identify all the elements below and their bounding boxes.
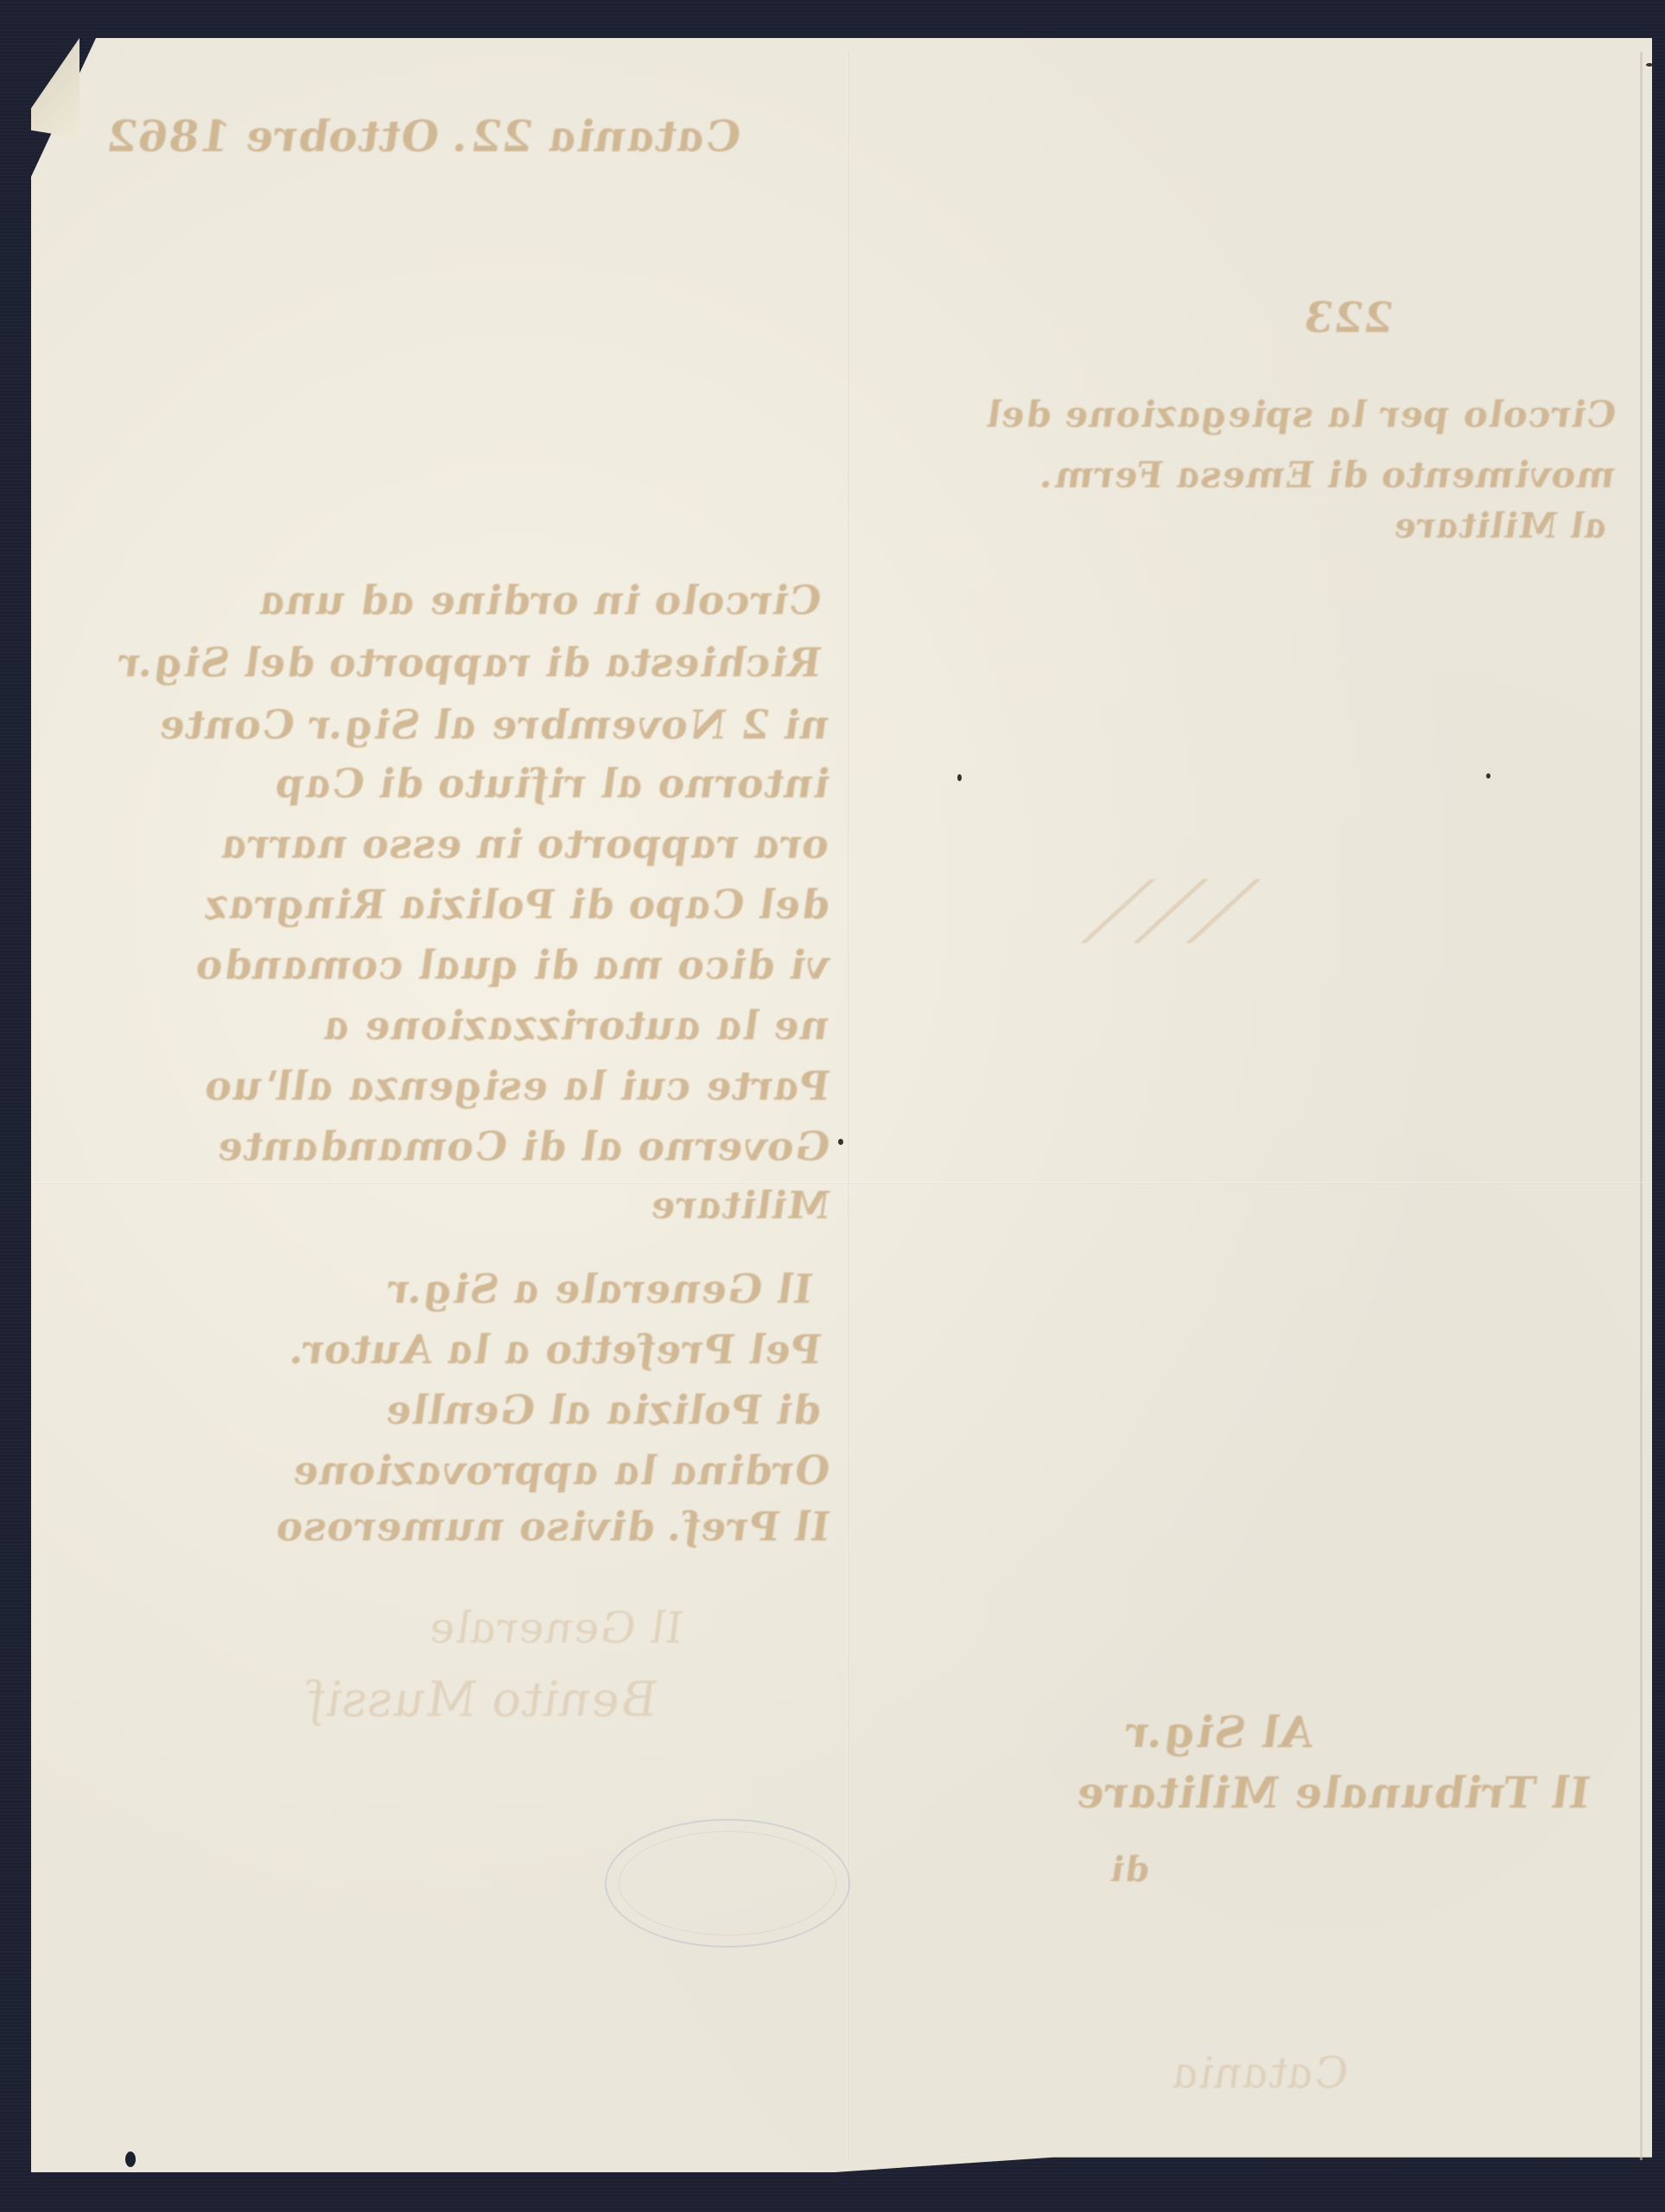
date-line: Catania 22. Ottobre 1862 bbox=[43, 111, 803, 162]
body-line: ne la autorizzazione a bbox=[44, 1002, 837, 1049]
footer-place: Catania bbox=[1115, 2048, 1357, 2098]
body-line: del Capo di Polizia Ringraz bbox=[44, 881, 837, 928]
horizontal-fold-line bbox=[35, 1182, 1650, 1184]
body-line: Parte cui la esigenza all'uo bbox=[44, 1063, 837, 1109]
signature-line: Benito Mussif bbox=[250, 1672, 665, 1728]
closing-line: Pel Prefetto a la Autor. bbox=[70, 1326, 829, 1373]
body-line: Circolo in ordine ad una bbox=[53, 577, 829, 624]
paper-speck bbox=[1486, 773, 1490, 779]
right-edge-fold-line bbox=[1640, 52, 1643, 2160]
addressee-line: di bbox=[1056, 1849, 1155, 1890]
oval-stamp bbox=[605, 1819, 850, 1948]
subject-line: movimento di Emesa Ferm. bbox=[848, 454, 1623, 496]
closing-line: di Polizia al Genlle bbox=[70, 1387, 829, 1433]
body-line: intorno al rifiuto di Cap bbox=[44, 760, 837, 807]
paper-speck bbox=[1646, 63, 1653, 67]
closing-line: Ordina la approvazione bbox=[61, 1447, 837, 1494]
signature-line: Il Generale bbox=[312, 1603, 691, 1653]
body-line: vi dico ma di qual comando bbox=[44, 942, 837, 988]
paper-hole bbox=[125, 2152, 136, 2167]
body-line: ni 2 Novembre al Sig.r Conte bbox=[44, 702, 837, 748]
oval-stamp-inner-ring bbox=[619, 1831, 836, 1935]
closing-line: Il Generale a Sig.r bbox=[61, 1266, 820, 1313]
paper-speck bbox=[957, 774, 962, 781]
subject-line: al Militare bbox=[1289, 505, 1613, 546]
closing-line: Il Pref. diviso numeroso bbox=[165, 1503, 837, 1550]
document-number: 223 bbox=[1288, 294, 1408, 342]
vertical-fold-line bbox=[847, 52, 848, 2160]
paper-speck bbox=[838, 1139, 843, 1145]
body-line: Governo al di Comandante bbox=[44, 1123, 837, 1170]
body-line: Militare bbox=[615, 1184, 837, 1228]
body-line: ora rapporto in esso narra bbox=[44, 821, 837, 868]
body-line: Richiesta di rapporto del Sig.r bbox=[53, 639, 829, 686]
addressee-line: Il Tribunale Militare bbox=[873, 1767, 1598, 1818]
addressee-line: Al Sig.r bbox=[1028, 1707, 1321, 1758]
subject-line: Circolo per la spiegazione del bbox=[848, 393, 1623, 435]
